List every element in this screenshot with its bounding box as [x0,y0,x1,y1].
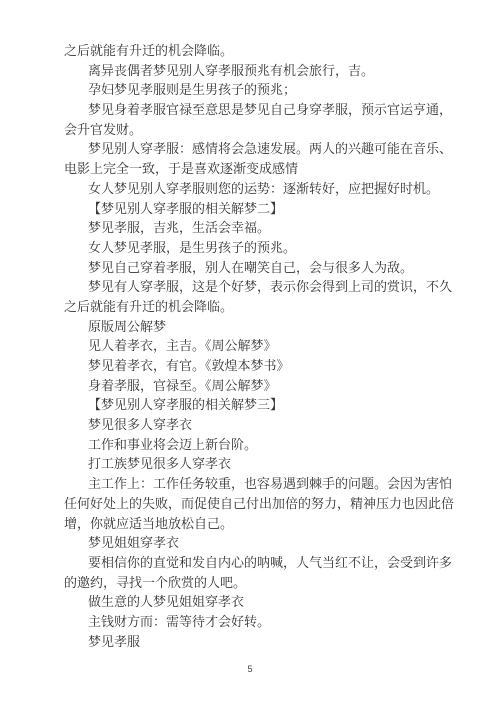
text-line: 原版周公解梦 [64,317,456,337]
text-line: 【梦见别人穿孝服的相关解梦三】 [64,395,456,415]
text-line: 主工作上：工作任务较重，也容易遇到棘手的问题。会因为害怕 [64,474,456,494]
text-line: 梦见孝服 [64,632,456,652]
text-line: 女人梦见孝服，是生男孩子的预兆。 [64,238,456,258]
text-line: 梦见着孝衣，有官。《敦煌本梦书》 [64,356,456,376]
text-line: 梦见孝服，吉兆，生活会幸福。 [64,218,456,238]
text-line: 会升官发财。 [64,120,456,140]
document-page: 之后就能有升迁的机会降临。离异丧偶者梦见别人穿孝服预兆有机会旅行，吉。孕妇梦见孝… [0,0,500,707]
text-line: 梦见自己穿着孝服，别人在嘲笑自己，会与很多人为敌。 [64,258,456,278]
text-line: 之后就能有升迁的机会降临。 [64,41,456,61]
text-line: 工作和事业将会迈上新台阶。 [64,435,456,455]
text-line: 的邀约，寻找一个欣赏的人吧。 [64,573,456,593]
page-number: 5 [0,663,500,675]
text-line: 增，你就应适当地放松自己。 [64,514,456,534]
text-line: 主钱财方而：需等待才会好转。 [64,612,456,632]
text-line: 女人梦见别人穿孝服则您的运势：逐渐转好，应把握好时机。 [64,179,456,199]
document-body: 之后就能有升迁的机会降临。离异丧偶者梦见别人穿孝服预兆有机会旅行，吉。孕妇梦见孝… [64,41,456,651]
text-line: 电影上完全一致，于是喜欢逐渐变成感情 [64,159,456,179]
text-line: 梦见身着孝服官禄至意思是梦见自己身穿孝服，预示官运亨通， [64,100,456,120]
text-line: 梦见别人穿孝服：感情将会急速发展。两人的兴趣可能在音乐、 [64,139,456,159]
text-line: 孕妇梦见孝服则是生男孩子的预兆； [64,80,456,100]
text-line: 梦见有人穿孝服，这是个好梦，表示你会得到上司的赏识，不久 [64,277,456,297]
text-line: 打工族梦见很多人穿孝衣 [64,454,456,474]
text-line: 之后就能有升迁的机会降临。 [64,297,456,317]
text-line: 离异丧偶者梦见别人穿孝服预兆有机会旅行，吉。 [64,61,456,81]
text-line: 做生意的人梦见姐姐穿孝衣 [64,592,456,612]
text-line: 【梦见别人穿孝服的相关解梦二】 [64,199,456,219]
text-line: 任何好处上的失败，而促使自己付出加倍的努力，精神压力也因此倍 [64,494,456,514]
text-line: 梦见很多人穿孝衣 [64,415,456,435]
text-line: 身着孝服，官禄至。《周公解梦》 [64,376,456,396]
text-line: 见人着孝衣，主吉。《周公解梦》 [64,336,456,356]
text-line: 要相信你的直觉和发自内心的呐喊，人气当红不让，会受到许多 [64,553,456,573]
text-line: 梦见姐姐穿孝衣 [64,533,456,553]
